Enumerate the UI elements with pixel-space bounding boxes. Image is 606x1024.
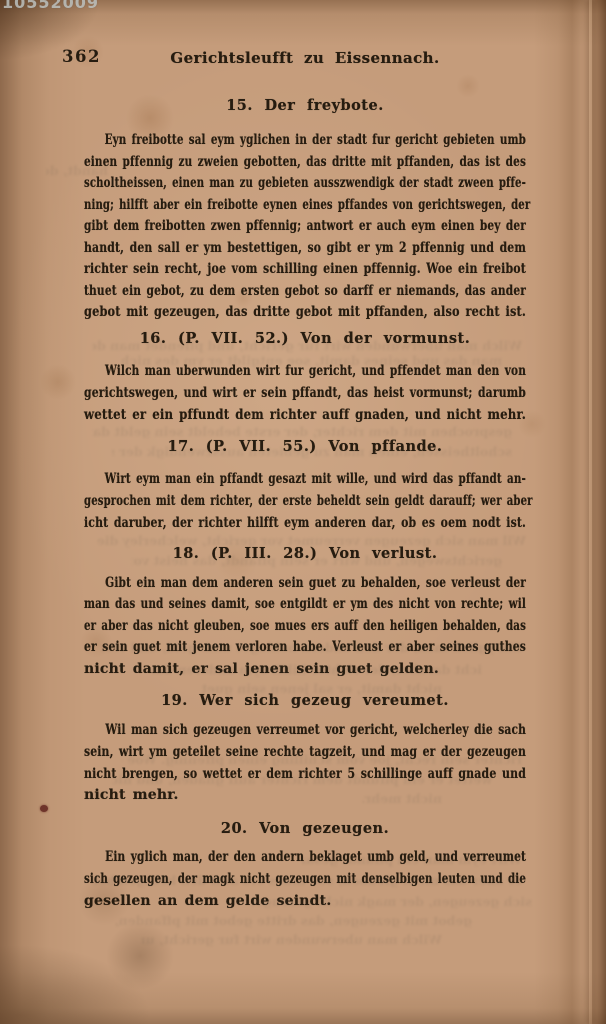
ink-spot bbox=[40, 805, 48, 812]
text-line-content: Eyn freibotte sal eym yglichen in der st… bbox=[84, 130, 526, 152]
paragraph: Gibt ein man dem anderen sein guet zu be… bbox=[84, 573, 526, 680]
text-line-content: richter sein recht, joe vom schilling ei… bbox=[84, 259, 526, 281]
text-line: Wilch man uberwunden wirt fur gericht, u… bbox=[84, 360, 526, 382]
text-line: Wirt eym man ein pffandt gesazt mit will… bbox=[84, 468, 526, 490]
text-line-content: sein, wirt ym geteilet seine rechte tagz… bbox=[84, 742, 526, 764]
text-line-content: ning; hilfft aber ein freibotte eynen ei… bbox=[84, 195, 530, 217]
paragraph: Eyn freibotte sal eym yglichen in der st… bbox=[84, 130, 526, 324]
text-line: wettet er ein pffundt dem richter auff g… bbox=[84, 404, 526, 426]
text-line: Gibt ein man dem anderen sein guet zu be… bbox=[84, 573, 526, 594]
text-line-content: nicht mehr. bbox=[84, 785, 179, 807]
text-line-content: nicht damit, er sal jenen sein guet geld… bbox=[84, 659, 439, 680]
text-line: icht daruber, der richter hilfft eym and… bbox=[84, 512, 526, 534]
scanned-book-page: 10552009 362 Gerichtsleufft zu Eissennac… bbox=[0, 0, 606, 1024]
text-line: gerichtswegen, und wirt er sein pffandt,… bbox=[84, 382, 526, 404]
text-line-content: wettet er ein pffundt dem richter auff g… bbox=[84, 404, 526, 426]
text-line: nicht brengen, so wettet er dem richter … bbox=[84, 764, 526, 786]
paragraph: Wilch man uberwunden wirt fur gericht, u… bbox=[84, 360, 526, 426]
paragraph: Ein yglich man, der den andern beklaget … bbox=[84, 846, 526, 912]
text-line-content: gesprochen mit dem richter, der erste be… bbox=[84, 490, 533, 512]
text-line-content: gibt dem freibotten zwen pffennig; antwo… bbox=[84, 216, 526, 238]
paragraph: Wirt eym man ein pffandt gesazt mit will… bbox=[84, 468, 526, 534]
text-line: man das und seines damit, soe entgildt e… bbox=[84, 594, 526, 615]
text-line-content: sich gezeugen, der magk nicht gezeugen m… bbox=[84, 868, 526, 890]
text-line: Ein yglich man, der den andern beklaget … bbox=[84, 846, 526, 868]
text-line: er sein guet mit jenem verloren habe. Ve… bbox=[84, 637, 526, 658]
bleed-through-text: Wilch man uberwunden wirt fur gericht, u… bbox=[142, 932, 442, 948]
text-line: handt, den sall er ym bestettigen, so gi… bbox=[84, 238, 526, 260]
text-line: gesprochen mit dem richter, der erste be… bbox=[84, 490, 526, 512]
text-line: gesellen an dem gelde seindt. bbox=[84, 890, 526, 912]
section-heading: 15. Der freybote. bbox=[84, 97, 526, 114]
text-line-content: scholtheissen, einen man zu gebieten aus… bbox=[84, 173, 526, 195]
text-line: einen pffennig zu zweien gebotten, das d… bbox=[84, 152, 526, 174]
text-line-content: Wirt eym man ein pffandt gesazt mit will… bbox=[84, 468, 526, 490]
text-line-content: nicht brengen, so wettet er dem richter … bbox=[84, 764, 526, 786]
text-line-content: Wil man sich gezeugen verreumet vor geri… bbox=[84, 720, 526, 742]
text-line: sich gezeugen, der magk nicht gezeugen m… bbox=[84, 868, 526, 890]
text-line: nicht mehr. bbox=[84, 785, 526, 807]
text-line-content: thuet ein gebot, zu dem ersten gebot so … bbox=[84, 281, 526, 303]
text-line: sein, wirt ym geteilet seine rechte tagz… bbox=[84, 742, 526, 764]
text-line-content: gebot mit gezeugen, das dritte gebot mit… bbox=[84, 302, 526, 324]
text-line: ning; hilfft aber ein freibotte eynen ei… bbox=[84, 195, 526, 217]
text-line-content: Gibt ein man dem anderen sein guet zu be… bbox=[84, 573, 526, 594]
text-line-content: einen pffennig zu zweien gebotten, das d… bbox=[84, 152, 526, 174]
text-line: Eyn freibotte sal eym yglichen in der st… bbox=[84, 130, 526, 152]
text-line-content: Wilch man uberwunden wirt fur gericht, u… bbox=[84, 360, 526, 382]
text-line-content: gerichtswegen, und wirt er sein pffandt,… bbox=[84, 382, 526, 404]
scan-watermark: 10552009 bbox=[2, 0, 99, 12]
text-line-content: handt, den sall er ym bestettigen, so gi… bbox=[84, 238, 526, 260]
text-line: richter sein recht, joe vom schilling ei… bbox=[84, 259, 526, 281]
text-line: gibt dem freibotten zwen pffennig; antwo… bbox=[84, 216, 526, 238]
bleed-through-text: gebot mit gezeugen, das dritte gebot mit… bbox=[112, 913, 472, 929]
section-heading: 19. Wer sich gezeug vereumet. bbox=[84, 692, 526, 709]
text-line: gebot mit gezeugen, das dritte gebot mit… bbox=[84, 302, 526, 324]
text-line-content: gesellen an dem gelde seindt. bbox=[84, 890, 331, 912]
text-line: scholtheissen, einen man zu gebieten aus… bbox=[84, 173, 526, 195]
text-line: Wil man sich gezeugen verreumet vor geri… bbox=[84, 720, 526, 742]
page-edge-shadow bbox=[589, 0, 592, 1024]
section-heading: 18. (P. III. 28.) Von verlust. bbox=[84, 545, 526, 562]
paragraph: Wil man sich gezeugen verreumet vor geri… bbox=[84, 720, 526, 807]
text-line-content: man das und seines damit, soe entgildt e… bbox=[84, 594, 526, 615]
section-heading: 17. (P. VII. 55.) Von pffande. bbox=[84, 438, 526, 455]
text-line-content: er aber das nicht gleuben, soe mues ers … bbox=[84, 616, 526, 637]
text-line-content: Ein yglich man, der den andern beklaget … bbox=[84, 846, 526, 868]
text-line-content: er sein guet mit jenem verloren habe. Ve… bbox=[84, 637, 526, 658]
text-line-content: icht daruber, der richter hilfft eym and… bbox=[84, 512, 526, 534]
text-line: nicht damit, er sal jenen sein guet geld… bbox=[84, 659, 526, 680]
text-line: er aber das nicht gleuben, soe mues ers … bbox=[84, 616, 526, 637]
text-line: thuet ein gebot, zu dem ersten gebot so … bbox=[84, 281, 526, 303]
section-heading: 20. Von gezeugen. bbox=[84, 820, 526, 837]
running-header: Gerichtsleufft zu Eissennach. bbox=[84, 49, 526, 67]
section-heading: 16. (P. VII. 52.) Von der vormunst. bbox=[84, 330, 526, 347]
